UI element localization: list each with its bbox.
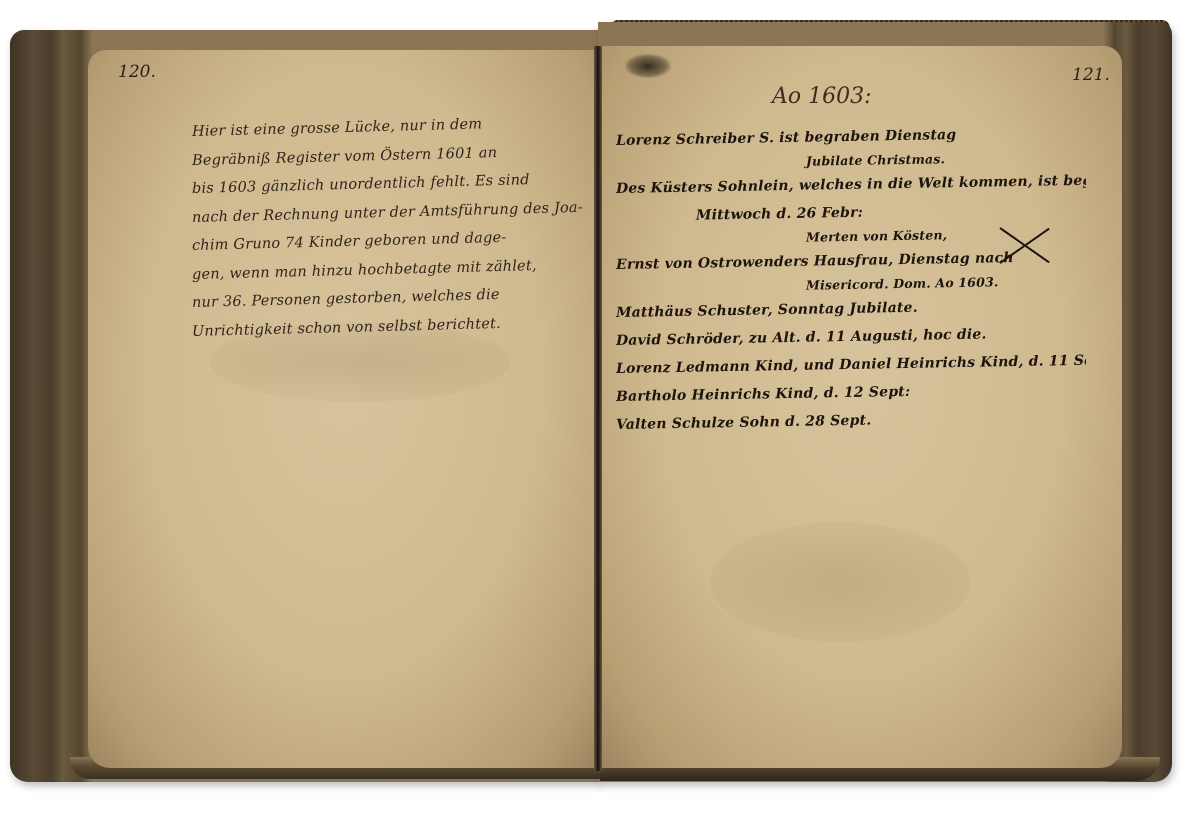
ink-blot: [625, 54, 671, 78]
paper-stain: [710, 522, 970, 642]
book-gutter: [594, 46, 602, 771]
open-book: 120. 121. Hier ist eine grosse Lücke, nu…: [10, 22, 1172, 784]
left-page-handwriting: Hier ist eine grosse Lücke, nur in dem B…: [192, 118, 592, 346]
right-page-year-heading: Ao 1603:: [772, 84, 872, 109]
left-page-number: 120.: [118, 62, 156, 82]
right-page-handwriting: Lorenz Schreiber S. ist begraben Diensta…: [616, 127, 1086, 439]
right-page-number: 121.: [1072, 65, 1110, 85]
